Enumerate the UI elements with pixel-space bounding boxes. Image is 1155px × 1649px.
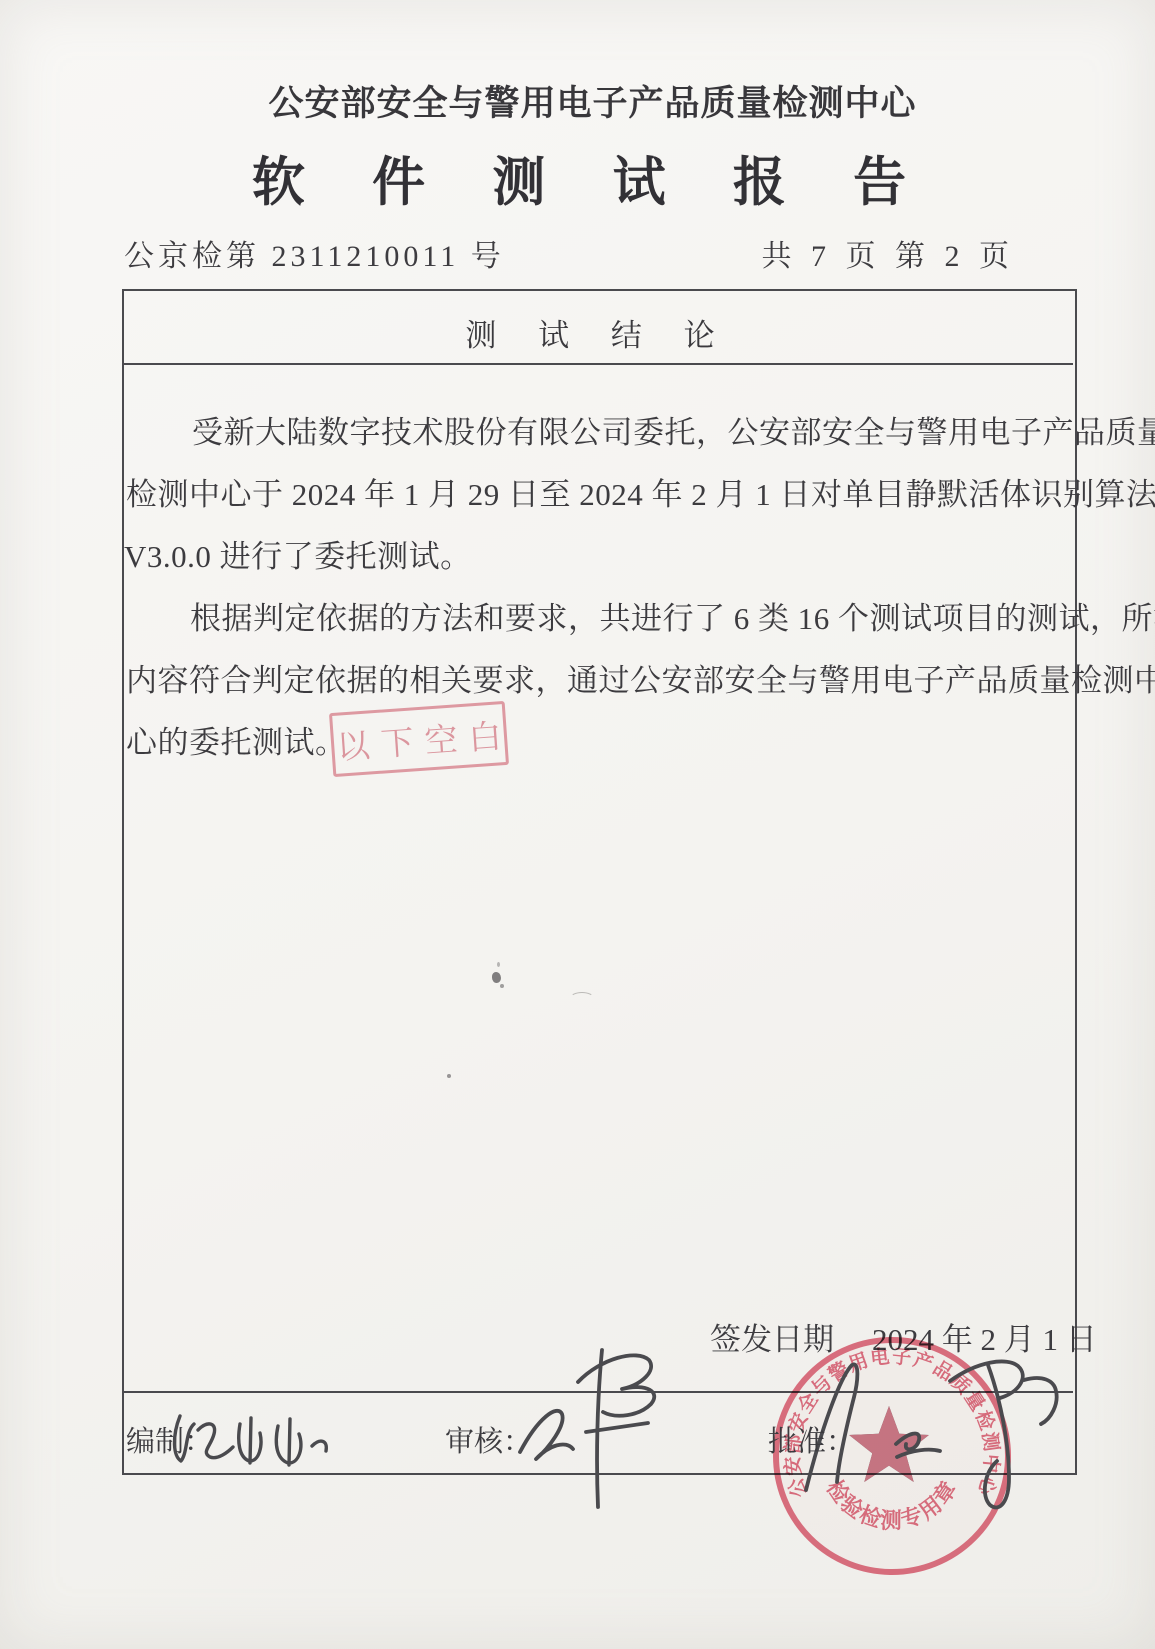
conclusion-line: 检测中心于 2024 年 1 月 29 日至 2024 年 2 月 1 日对单目… bbox=[126, 476, 1155, 514]
approved-by-label: 批准： bbox=[768, 1419, 855, 1460]
conclusion-line: 受新大陆数字技术股份有限公司委托，公安部安全与警用电子产品质量 bbox=[192, 414, 1155, 452]
header-divider-line bbox=[124, 363, 1073, 365]
conclusion-line: 根据判定依据的方法和要求，共进行了 6 类 16 个测试项目的测试，所测 bbox=[190, 600, 1155, 638]
paper-speck bbox=[447, 1074, 451, 1078]
reviewed-by-label: 审核： bbox=[445, 1419, 532, 1460]
conclusion-header: 测 试 结 论 bbox=[122, 310, 1075, 355]
doc-number: 公京检第 2311210011 号 bbox=[124, 231, 505, 275]
paper-scratch bbox=[570, 992, 594, 1004]
conclusion-line: V3.0.0 进行了委托测试。 bbox=[124, 538, 472, 576]
paper-speck bbox=[500, 984, 504, 988]
org-title: 公安部安全与警用电子产品质量检测中心 bbox=[0, 76, 1155, 126]
paper-speck bbox=[497, 962, 500, 967]
prepared-by-label: 编制： bbox=[126, 1419, 213, 1460]
report-title: 软 件 测 试 报 告 bbox=[0, 140, 1155, 216]
conclusion-line: 内容符合判定依据的相关要求，通过公安部安全与警用电子产品质量检测中 bbox=[126, 662, 1155, 700]
report-page: 公安部安全与警用电子产品质量检测中心 软 件 测 试 报 告 公京检第 2311… bbox=[0, 0, 1155, 1649]
conclusion-table-border bbox=[122, 289, 1077, 1475]
page-indicator: 共 7 页 第 2 页 bbox=[762, 231, 1016, 275]
conclusion-line: 心的委托测试。 bbox=[126, 724, 347, 762]
paper-speck bbox=[492, 972, 501, 983]
blank-below-stamp: 以下空白 bbox=[329, 701, 509, 777]
